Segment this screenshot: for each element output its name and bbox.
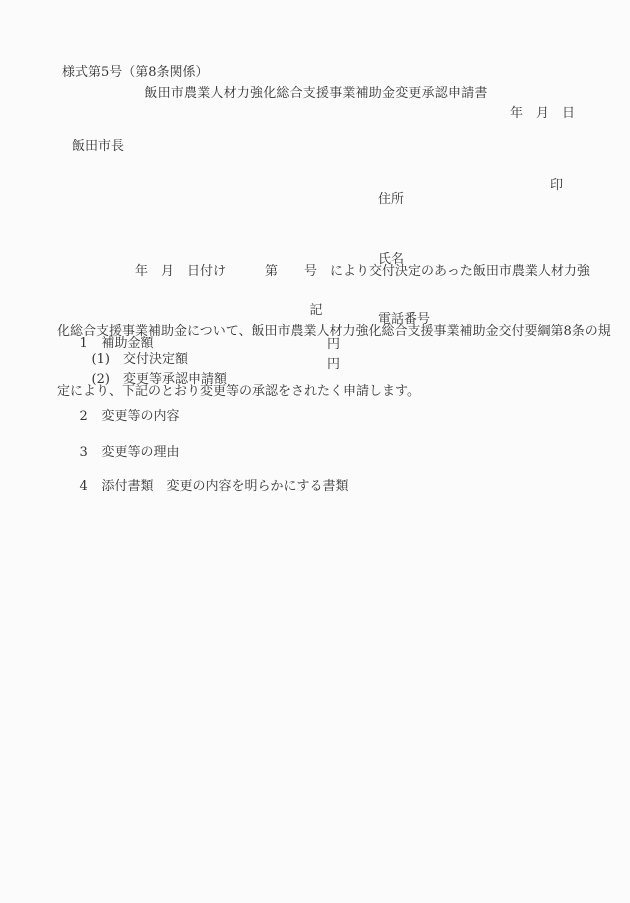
item-label: 変更等の理由 [102,445,180,460]
section-mark-ki: 記 [57,299,575,318]
currency-unit-yen: 円 [327,333,340,352]
item-number: 4 [80,479,102,494]
item-attached-documents: 4添付書類 変更の内容を明らかにする書類 [63,460,349,509]
document-page: 様式第5号（第8条関係） 飯田市農業人材力強化総合支援事業補助金変更承認申請書 … [0,0,630,903]
item-number: 2 [80,409,102,424]
address-label: 住所 [378,190,430,210]
item-label: 添付書類 変更の内容を明らかにする書類 [102,479,349,494]
currency-unit-yen: 円 [327,353,340,372]
item-number: 3 [80,445,102,460]
subitem-label: (2) 変更等承認申請額 [92,372,227,387]
addressee-mayor: 飯田市長 [72,135,124,154]
date-field: 年 月 日 [57,102,575,121]
body-line-1: 年 月 日付け 第 号 により交付決定のあった飯田市農業人材力強 [57,262,611,282]
seal-mark: 印 [550,174,563,193]
form-number: 様式第5号（第8条関係） [62,61,209,80]
document-title: 飯田市農業人材力強化総合支援事業補助金変更承認申請書 [57,82,575,101]
item-label: 変更等の内容 [102,409,180,424]
